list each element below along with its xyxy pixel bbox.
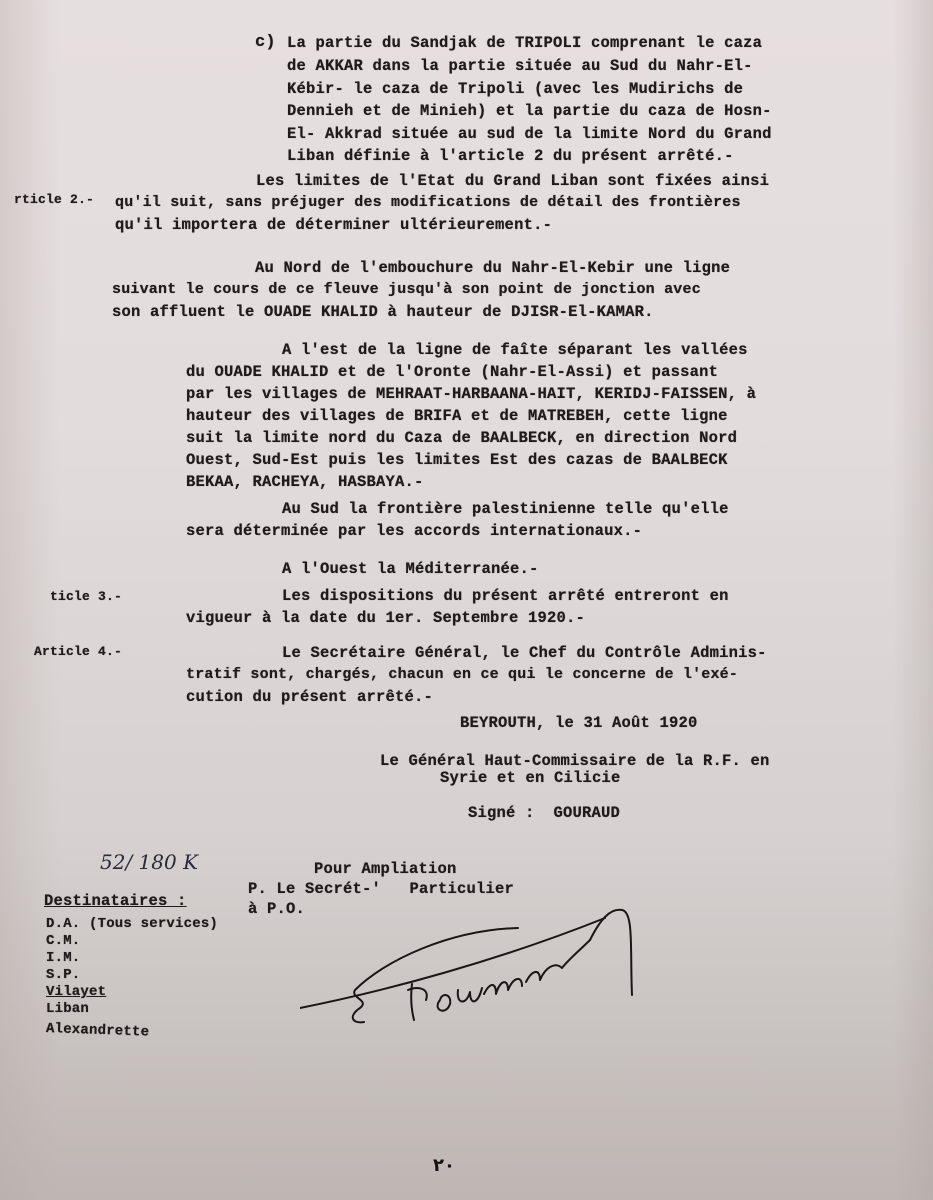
signature-icon	[300, 890, 700, 1030]
text-line: hauteur des villages de BRIFA et de MATR…	[186, 406, 728, 426]
article-4-label: Article 4.-	[34, 642, 122, 662]
text-line: Les dispositions du présent arrêté entre…	[282, 586, 729, 606]
text-line: Kébir- le caza de Tripoli (avec les Mudi…	[287, 79, 743, 99]
text-line: Au Sud la frontière palestinienne telle …	[282, 499, 729, 519]
list-item: Alexandrette	[46, 1019, 150, 1043]
text-line: El- Akkrad située au sud de la limite No…	[287, 124, 772, 144]
text-line: A l'est de la ligne de faîte séparant le…	[282, 340, 748, 360]
west-boundary: A l'Ouest la Méditerranée.-	[282, 559, 539, 579]
signed-by: Signé : GOURAUD	[468, 803, 620, 823]
text-line: Au Nord de l'embouchure du Nahr-El-Kebir…	[255, 258, 730, 278]
article-3-label: ticle 3.-	[50, 587, 122, 607]
text-line: qu'il importera de déterminer ultérieure…	[115, 215, 552, 235]
paper-shadow-right	[893, 0, 933, 1200]
text-line: BEKAA, RACHEYA, HASBAYA.-	[186, 472, 424, 492]
text-line: suit la limite nord du Caza de BAALBECK,…	[186, 428, 737, 448]
text-line: La partie du Sandjak de TRIPOLI comprena…	[287, 33, 762, 53]
text-line: du OUADE KHALID et de l'Oronte (Nahr-El-…	[186, 362, 718, 382]
recipients-heading: Destinataires :	[44, 891, 187, 911]
article-2-label: rticle 2.-	[14, 190, 94, 210]
signatory-title-2: Syrie et en Cilicie	[440, 768, 621, 788]
list-item: Liban	[46, 999, 89, 1019]
place-date: BEYROUTH, le 31 Août 1920	[460, 713, 698, 733]
text-line: de AKKAR dans la partie située au Sud du…	[287, 56, 753, 76]
text-line: Ouest, Sud-Est puis les limites Est des …	[186, 450, 728, 470]
text-line: tratif sont, chargés, chacun en ce qui l…	[186, 665, 738, 685]
text-line: Dennieh et de Minieh) et la partie du ca…	[287, 101, 772, 121]
text-line: cution du présent arrêté.-	[186, 687, 433, 707]
text-line: Les limites de l'Etat du Grand Liban son…	[256, 171, 769, 191]
paragraph-c-marker: c)	[255, 33, 276, 53]
ampliation-line-1: Pour Ampliation	[314, 859, 457, 879]
handwritten-reference: 52/ 180 K	[100, 850, 198, 874]
text-line: suivant le cours de ce fleuve jusqu'à so…	[112, 280, 701, 300]
ampliation-line-3: à P.O.	[248, 899, 305, 919]
text-line: par les villages de MEHRAAT-HARBAANA-HAI…	[186, 384, 756, 404]
text-line: Le Secrétaire Général, le Chef du Contrô…	[282, 643, 767, 663]
text-line: sera déterminée par les accords internat…	[186, 521, 642, 541]
text-line: qu'il suit, sans préjuger des modificati…	[115, 193, 741, 213]
page-number: ٢٠	[433, 1155, 455, 1176]
text-line: Liban définie à l'article 2 du présent a…	[287, 146, 734, 166]
text-line: vigueur à la date du 1er. Septembre 1920…	[186, 608, 585, 628]
text-line: son affluent le OUADE KHALID à hauteur d…	[112, 302, 654, 322]
